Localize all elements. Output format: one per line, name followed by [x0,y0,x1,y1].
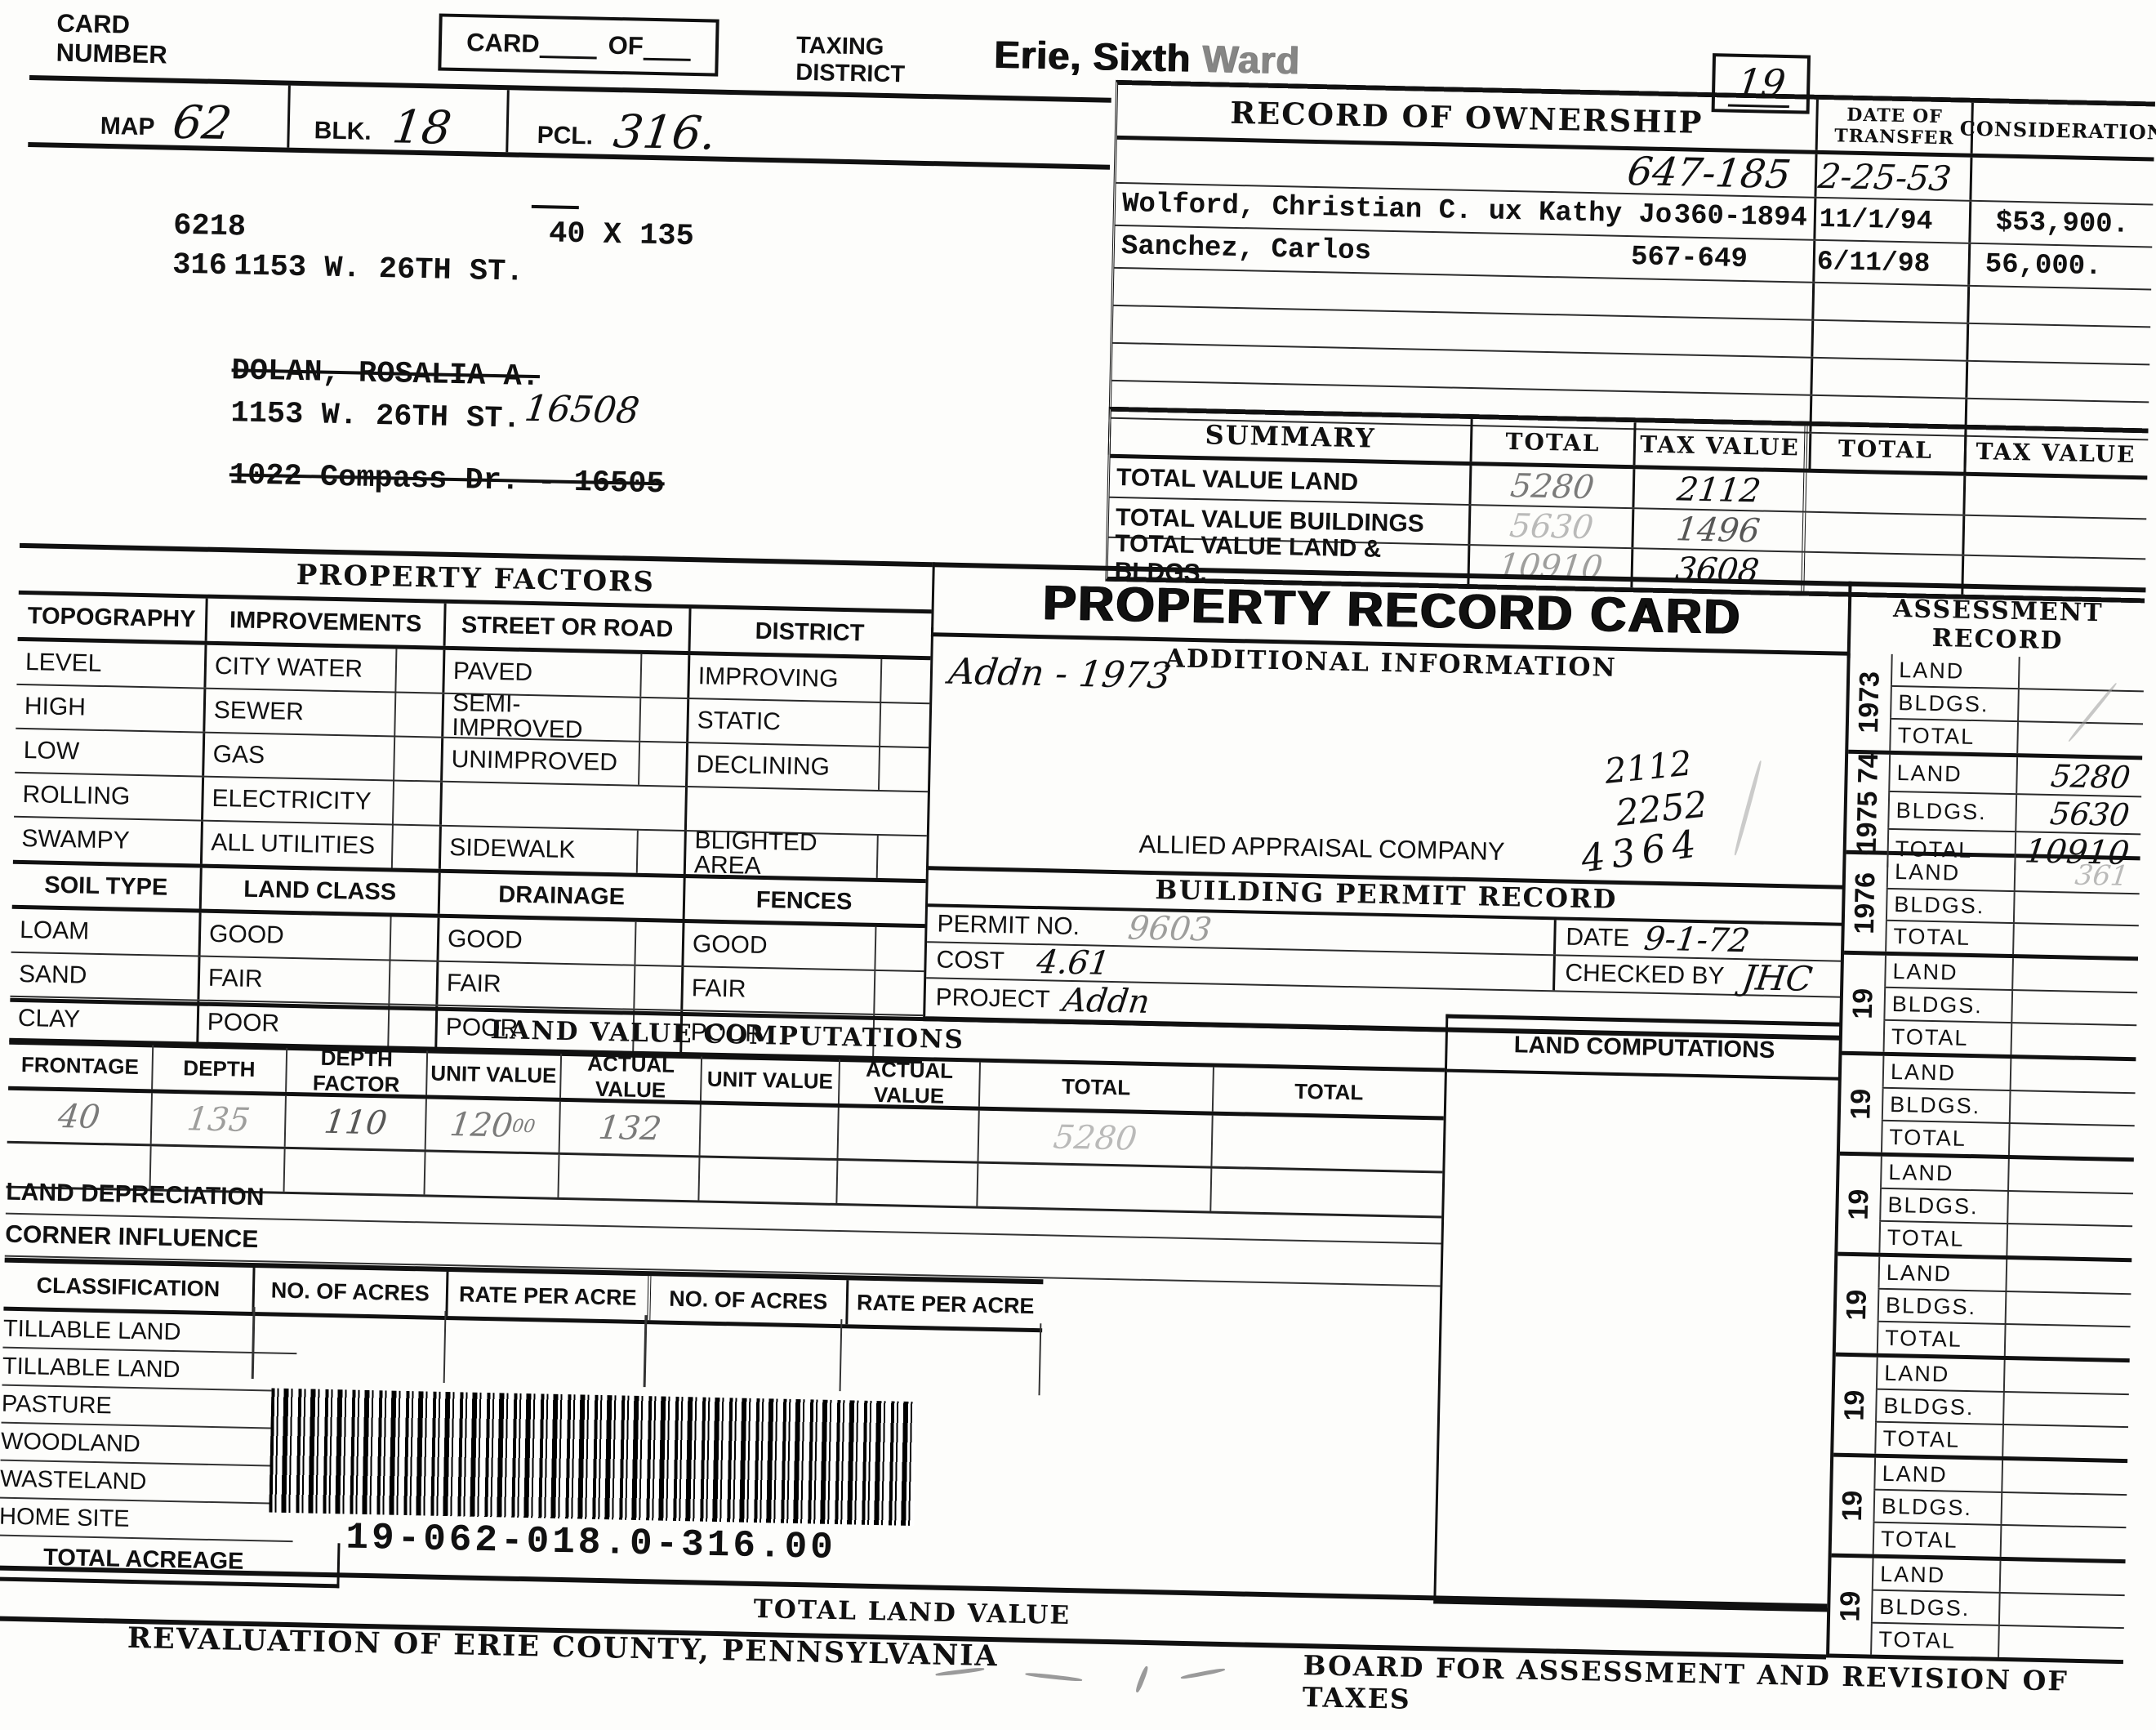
card-number-label: CARD NUMBER [56,9,168,69]
blk-label: BLK. [314,117,372,145]
barcode [269,1389,916,1527]
lot-dimensions: 40 X 135 [549,216,694,254]
bldgs-label: BLDGS. [1879,1189,2009,1223]
option-label: ELECTRICITY [212,785,372,816]
assessment-block: 1976 LAND361 BLDGS. TOTAL [1844,854,2140,961]
cost-value: 4.61 [1035,943,1112,983]
total-value: 5280 [1051,1119,1139,1158]
bldgs-label: BLDGS. [1882,1089,2011,1122]
assessment-row: TOTAL [1874,1423,2128,1459]
col-rate-per-acre-2: RATE PER ACRE [848,1280,1043,1328]
hw-1973-total-value: 4364 [1579,821,1705,881]
property-address: 1153 W. 26TH ST. [234,249,524,289]
land-label: LAND [1878,1257,2007,1291]
assessment-row: LAND [1876,1358,2130,1395]
option-label: UNIMPROVED [451,746,617,777]
col-depth: DEPTH [153,1045,288,1091]
owner-name: Wolford, Christian C. ux Kathy Jo [1122,189,1673,231]
fences-option: GOOD [684,923,922,970]
depth-value: 135 [185,1100,252,1139]
col-actual-value-2: ACTUAL VALUE [840,1059,981,1107]
option-label: DECLINING [696,751,830,781]
checkbox-divider [388,961,390,1003]
classification-label: HOME SITE [0,1503,130,1532]
checkbox-divider [639,698,641,741]
bldgs-label: BLDGS. [1878,1290,2007,1323]
col-total-2: TOTAL [1214,1068,1445,1117]
col-unit-value-2: UNIT VALUE [702,1056,841,1104]
col-frontage: FRONTAGE [8,1042,154,1090]
checked-by-value: JHC [1739,957,1815,999]
col-actual-value: ACTUAL VALUE [561,1054,702,1101]
land-label: LAND [1876,1358,2006,1391]
classification-row: PASTURE [1,1386,296,1430]
topography-option: LOW [15,729,205,776]
map-label: MAP [100,113,154,141]
district-option: IMPROVING [689,655,928,702]
assessment-record-title: ASSESSMENT RECORD [1851,594,2145,658]
transfer-date: 6/11/98 [1815,241,1971,285]
classification-row: WOODLAND [1,1424,296,1468]
assessment-year: 1973 [1848,653,1891,751]
year-label: 19 [1845,1088,1878,1120]
checkbox-divider [393,738,395,780]
option-label: SEMI- IMPROVED [452,691,583,742]
old-address-struck: 1022 Compass Dr. - 16505 [229,458,665,502]
landclass-option: FAIR [199,957,439,1005]
summary-tax-handwritten: 1496 [1674,511,1762,550]
assessment-row: TOTAL [1878,1222,2132,1258]
option-label: GOOD [448,925,523,955]
street-option: SEMI- IMPROVED [443,694,689,742]
soil-option: LOAM [11,909,202,956]
book-page-handwritten: 647-185 [1624,149,1793,198]
assessment-block: 19 LAND BLDGS. TOTAL [1833,1357,2129,1464]
option-label: BLIGHTED AREA [694,828,817,880]
improvements-option: ALL UTILITIES [203,822,442,869]
land-depreciation-label: LAND DEPRECIATION [6,1179,265,1212]
checkbox-divider [636,831,639,873]
assessment-row: LAND [1878,1257,2131,1295]
assessment-row: BLDGS.5630 [1887,792,2141,835]
assessment-record-title-box: ASSESSMENT RECORD [1847,582,2146,665]
cost-label: COST [936,946,1004,975]
street-option [442,783,688,830]
option-label: SEWER [213,697,304,726]
assessment-row: BLDGS. [1882,1089,2136,1126]
assessment-row: BLDGS. [1871,1591,2125,1629]
year-label: 19 [1837,1490,1869,1522]
total-land-value-label: TOTAL LAND VALUE [753,1594,1071,1630]
assessment-row: BLDGS. [1875,1390,2129,1428]
col-depth-factor: DEPTH FACTOR [287,1048,428,1095]
property-record-card-scan: CARD NUMBER CARD OF TAXING DISTRICT Erie… [0,0,2154,1666]
district-name: Erie, Sixth [993,33,1191,80]
land-computations-panel: LAND COMPUTATIONS [1433,1014,1842,1612]
col-soil-type: SOIL TYPE [12,864,203,909]
col-land-class: LAND CLASS [202,868,441,914]
total-label: TOTAL [1883,1021,2013,1054]
addition-note-handwritten: Addn - 1973 [947,651,1174,698]
summary-total-handwritten: 5630 [1508,507,1596,546]
district-option: STATIC [688,699,927,747]
card-blank-line [539,31,597,59]
actual-value: 132 [596,1109,663,1148]
assessment-block: 19 LAND BLDGS. TOTAL [1842,955,2137,1062]
year-label: 19 [1834,1590,1867,1622]
checkbox-divider [880,659,882,702]
assessment-row: BLDGS. [1886,890,2140,926]
street-option: UNIMPROVED [443,738,688,786]
col-total: TOTAL [980,1063,1214,1112]
total-label: TOTAL [1878,1222,2008,1255]
col-unit-value: UNIT VALUE [427,1050,563,1097]
col-no-of-acres-2: NO. OF ACRES [650,1276,849,1324]
date-value: 9-1-72 [1641,921,1752,961]
parcel-number: 316 [172,248,227,283]
assessment-block: 19 LAND BLDGS. TOTAL [1840,1055,2136,1162]
total-label: TOTAL [1874,1423,2004,1456]
pcl-value: 316. [612,114,718,153]
assessment-year: 19 [1840,1055,1882,1153]
assessment-row: LAND [1884,956,2138,993]
col-improvements: IMPROVEMENTS [207,599,447,646]
total-label: TOTAL [1889,720,2019,753]
option-label: GOOD [693,930,768,960]
assessment-row: TOTAL [1883,1021,2137,1057]
permit-no-value: 9603 [1126,909,1214,948]
checkbox-divider [394,693,396,736]
card-of-box: CARD OF [438,13,719,76]
classification-label: TILLABLE LAND [2,1353,180,1384]
street-option: SIDEWALK [441,827,687,874]
assessment-year: 19 [1842,955,1885,1052]
col-street-or-road: STREET OR ROAD [446,604,692,651]
option-label: GOOD [209,921,284,950]
assessment-year: 19 [1833,1357,1876,1454]
option-label: GAS [212,741,265,769]
book-page: 360-1894 [1673,200,1807,234]
soil-option: SAND [10,953,200,1000]
district-option: DECLINING [688,743,926,791]
col-fences: FENCES [685,878,924,924]
bldgs-label: BLDGS. [1871,1591,2001,1625]
summary-total-handwritten: 5280 [1508,467,1597,506]
checkbox-divider [876,836,879,878]
summary-label: TOTAL VALUE LAND [1110,458,1472,504]
taxing-district-label: TAXING DISTRICT [795,33,906,89]
property-factors-table: PROPERTY FACTORS TOPOGRAPHY IMPROVEMENTS… [9,543,933,1063]
assessment-year: 19 [1829,1558,1872,1655]
card-of-word2: OF [608,31,644,61]
hw-1973-land-value: 2112 [1603,742,1694,791]
option-label: ALL UTILITIES [211,829,375,860]
improvements-option: GAS [204,733,443,781]
summary-tax-handwritten: 2112 [1675,470,1763,510]
unit-value: 120 [448,1106,514,1144]
land-label: LAND [1873,1458,2003,1491]
option-label: SIDEWALK [449,834,576,864]
drainage-option: GOOD [439,918,684,965]
assessment-block: 19 LAND BLDGS. TOTAL [1836,1256,2131,1363]
map-blk-pcl-band: MAP 62 BLK. 18 PCL. 316. [28,75,1111,170]
bldgs-label: BLDGS. [1887,792,2017,831]
assessment-row: TOTAL [1885,921,2139,956]
col-rate-per-acre: RATE PER ACRE [448,1272,651,1320]
land-label: LAND [1891,654,2020,688]
classification-label: TILLABLE LAND [3,1315,181,1346]
summary-col-total: TOTAL [1472,419,1637,465]
bldgs-label: BLDGS. [1886,890,2016,922]
checked-by-label: CHECKED BY [1565,960,1725,991]
assessment-block: 19 LAND BLDGS. TOTAL [1837,1156,2133,1263]
fences-option: FAIR [683,967,921,1014]
assessment-row: LAND361 [1886,855,2140,894]
topography-option: SWAMPY [13,818,203,864]
checkbox-divider [879,703,881,746]
classification-label: PASTURE [2,1390,112,1420]
assessment-year: 19 [1832,1457,1874,1554]
checkbox-divider [638,742,640,785]
col-district: DISTRICT [690,609,929,656]
assessment-year: 19 [1837,1156,1880,1253]
land-computations-title: LAND COMPUTATIONS [1447,1019,1842,1081]
total-label: TOTAL [1885,921,2015,954]
checkbox-divider [392,781,394,823]
year-label: 19 [1847,988,1880,1019]
improvements-option: CITY WATER [206,645,445,693]
improvements-option: ELECTRICITY [203,778,443,825]
option-label: FAIR [447,970,501,998]
classification-label: WOODLAND [1,1428,140,1458]
summary-col-taxvalue2: TAX VALUE [1966,430,2145,476]
assessment-block: 19 LAND BLDGS. TOTAL [1829,1558,2125,1665]
additional-information-panel: ADDITIONAL INFORMATION Addn - 1973 ALLIE… [926,627,1850,889]
year-label: 1976 [1849,872,1882,934]
pcl-label: PCL. [537,122,593,150]
parcel-code: 6218 [173,209,247,245]
assessment-row: LAND [1880,1157,2134,1194]
transfer-date: 11/1/94 [1815,198,1971,243]
ownership-col-consideration: CONSIDERATION [1973,103,2153,158]
year-label: 19 [1841,1289,1873,1321]
checkbox-divider [633,966,635,1009]
improvements-option: SEWER [205,689,444,737]
classification-row: WASTELAND [0,1461,294,1505]
bldgs-label: BLDGS. [1890,687,2020,720]
topography-option: HIGH [16,685,206,732]
book-page: 567-649 [1631,242,1748,275]
corner-influence-label: CORNER INFLUENCE [5,1221,259,1254]
topography-option: LEVEL [16,641,207,688]
option-label: FAIR [691,974,746,1003]
assessment-row: TOTAL [1873,1523,2127,1559]
building-permit-record: BUILDING PERMIT RECORD PERMIT NO. 9603 D… [923,866,1845,1041]
option-label: STATIC [697,707,781,736]
mailing-code-handwritten: 16508 [522,388,641,432]
assessment-record-table: 1973 LAND BLDGS. TOTAL 1975 74 LAND5280 … [1826,653,2145,1664]
faint-scribble [1733,760,1762,856]
option-label: PAVED [453,658,533,687]
bldgs-label: BLDGS. [1875,1390,2005,1424]
land-label: LAND [1880,1157,2010,1190]
year-label: 19 [1839,1389,1872,1421]
card-of-word1: CARD [466,28,540,59]
summary-col-total2: TOTAL [1806,426,1967,472]
total-label: TOTAL [1873,1523,2002,1557]
option-label: FAIR [208,965,263,993]
assessment-row: LAND [1891,654,2145,692]
land-label: LAND [1882,1056,2012,1090]
year-label: 19 [1843,1188,1876,1220]
classification-row: HOME SITE [0,1499,293,1543]
bldgs-label: BLDGS. [1873,1491,2002,1524]
checkbox-divider [878,747,880,790]
checkbox-divider [873,971,875,1014]
land-value: 361 [2074,859,2131,893]
consideration: 56,000. [1970,244,2149,289]
assessment-year: 1976 [1844,854,1886,952]
assessment-row: TOTAL [1881,1121,2135,1157]
assessment-block: 1975 74 LAND5280 BLDGS.5630 TOTAL10910 [1846,754,2142,861]
option-label: IMPROVING [697,662,838,693]
assessment-row: TOTAL [1889,720,2143,756]
assessment-row: BLDGS. [1873,1491,2127,1528]
assessment-row: LAND [1882,1056,2136,1094]
consideration: $53,900. [1971,202,2150,247]
col-topography: TOPOGRAPHY [18,595,208,641]
assessment-year: 1975 74 [1846,754,1889,851]
assessment-row: LAND [1873,1458,2127,1496]
drainage-option: FAIR [438,962,684,1010]
land-value: 5280 [2049,758,2132,796]
assessment-row: TOTAL [1870,1624,2124,1660]
landclass-option: GOOD [201,913,440,961]
checkbox-divider [639,654,642,697]
assessment-year: 19 [1836,1256,1878,1353]
transfer-date-handwritten: 2-25-53 [1815,155,1953,198]
of-blank-line [643,33,691,60]
total-label: TOTAL [1877,1322,2007,1356]
taxing-district-value: Erie, Sixth Ward [993,32,1300,83]
assessment-block: 19 LAND BLDGS. TOTAL [1832,1457,2127,1564]
classification-label: WASTELAND [0,1465,147,1496]
checkbox-divider [390,916,392,959]
summary-col-taxvalue: TAX VALUE [1636,422,1808,468]
land-label: LAND [1888,755,2018,793]
total-label: TOTAL [1881,1121,2011,1155]
year-label: 1973 [1853,671,1886,733]
assessment-row: LAND5280 [1888,755,2142,797]
col-classification: CLASSIFICATION [3,1263,255,1312]
checkbox-divider [391,825,394,867]
land-label: LAND [1884,956,2014,989]
checkbox-divider [394,649,397,692]
total-label: TOTAL [1870,1624,2000,1657]
year-label: 1975 74 [1851,751,1885,853]
col-drainage: DRAINAGE [440,873,686,919]
assessment-row: TOTAL [1877,1322,2131,1358]
map-value: 62 [171,105,234,143]
summary-title: SUMMARY [1111,412,1473,461]
district-name-faded: Ward [1201,37,1300,82]
col-no-of-acres: NO. OF ACRES [254,1268,448,1316]
assessment-row: BLDGS. [1878,1290,2131,1327]
dash-mark [532,205,579,209]
land-label: LAND [1872,1558,2002,1592]
land-label: LAND [1886,855,2016,890]
checkbox-divider [634,922,636,965]
assessment-block: 1973 LAND BLDGS. TOTAL [1848,653,2144,760]
date-label: DATE [1566,924,1629,953]
owner-name: Sanchez, Carlos [1121,231,1372,267]
topography-option: ROLLING [14,774,204,820]
checkbox-divider [874,927,876,970]
assessment-row: BLDGS. [1879,1189,2133,1227]
permit-no-label: PERMIT NO. [937,910,1080,941]
option-label: CITY WATER [215,653,363,684]
bldgs-value: 5630 [2048,796,2131,833]
depth-factor-value: 110 [322,1104,389,1142]
frontage-value: 40 [56,1098,102,1136]
ownership-title: RECORD OF OWNERSHIP [1117,85,1819,150]
assessment-row: BLDGS. [1883,988,2137,1026]
unit-value-sup: 00 [511,1116,537,1137]
ownership-col-date: DATE OF TRANSFER [1818,100,1974,154]
mailing-address: 1153 W. 26TH ST. [230,396,521,436]
project-label: PROJECT [935,983,1050,1014]
district-option: BLIGHTED AREA [686,832,924,879]
blk-value: 18 [390,110,453,148]
bldgs-label: BLDGS. [1883,988,2013,1022]
assessment-row: LAND [1872,1558,2126,1596]
project-value: Addn [1061,982,1152,1021]
